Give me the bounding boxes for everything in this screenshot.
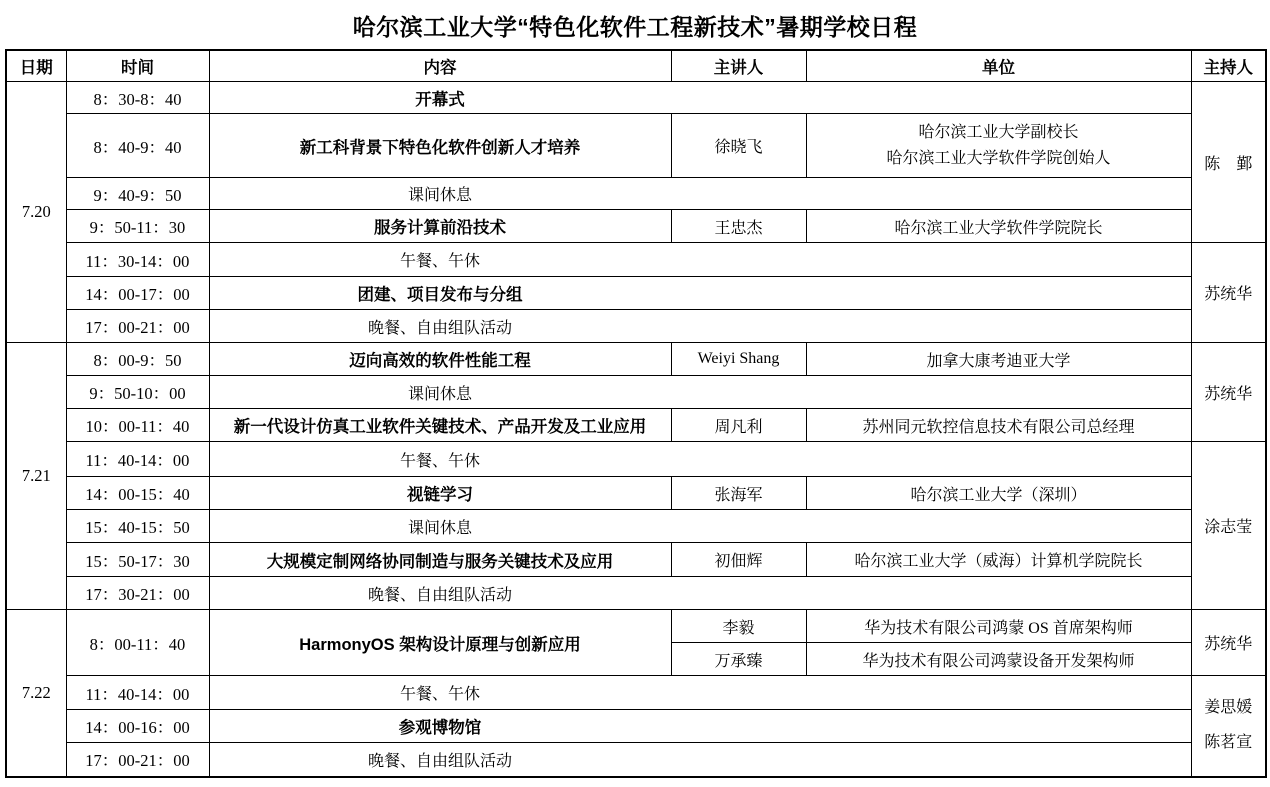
- time-cell: 9：50-11：30: [66, 210, 209, 243]
- affiliation-line: 哈尔滨工业大学软件学院创始人: [807, 146, 1191, 172]
- page-title: 哈尔滨工业大学“特色化软件工程新技术”暑期学校日程: [0, 0, 1270, 49]
- content-cell: HarmonyOS 架构设计原理与创新应用: [209, 610, 671, 676]
- time-cell: 14：00-15：40: [66, 477, 209, 510]
- time-cell: 17：00-21：00: [66, 310, 209, 343]
- table-row: 7.20 8：30-8：40 开幕式 陈 鄞: [6, 82, 1266, 114]
- host-cell: 苏统华: [1191, 243, 1266, 343]
- content-cell: 课间休息: [209, 510, 1191, 543]
- table-row: 8：40-9：40 新工科背景下特色化软件创新人才培养 徐晓飞 哈尔滨工业大学副…: [6, 114, 1266, 178]
- header-row: 日期 时间 内容 主讲人 单位 主持人: [6, 50, 1266, 82]
- table-row: 15：40-15：50 课间休息: [6, 510, 1266, 543]
- content-cell: 参观博物馆: [209, 710, 1191, 743]
- col-header-date: 日期: [6, 50, 66, 82]
- col-header-host: 主持人: [1191, 50, 1266, 82]
- content-cell: 团建、项目发布与分组: [209, 277, 1191, 310]
- table-row: 17：30-21：00 晚餐、自由组队活动: [6, 577, 1266, 610]
- time-cell: 15：40-15：50: [66, 510, 209, 543]
- speaker-cell: 张海军: [671, 477, 806, 510]
- affiliation-cell: 华为技术有限公司鸿蒙 OS 首席架构师: [806, 610, 1191, 643]
- speaker-cell: 王忠杰: [671, 210, 806, 243]
- table-row: 17：00-21：00 晚餐、自由组队活动: [6, 743, 1266, 777]
- time-cell: 8：00-11：40: [66, 610, 209, 676]
- host-cell: 姜思媛 陈茗宣: [1191, 676, 1266, 777]
- content-cell: 开幕式: [209, 82, 1191, 114]
- content-cell: 午餐、午休: [209, 676, 1191, 710]
- content-cell: 课间休息: [209, 376, 1191, 409]
- col-header-time: 时间: [66, 50, 209, 82]
- content-cell: 迈向高效的软件性能工程: [209, 343, 671, 376]
- content-cell: 晚餐、自由组队活动: [209, 743, 1191, 777]
- table-row: 11：40-14：00 午餐、午休 涂志莹: [6, 442, 1266, 477]
- speaker-cell: 万承臻: [671, 643, 806, 676]
- col-header-affiliation: 单位: [806, 50, 1191, 82]
- time-cell: 17：00-21：00: [66, 743, 209, 777]
- table-row: 9：40-9：50 课间休息: [6, 178, 1266, 210]
- time-cell: 14：00-16：00: [66, 710, 209, 743]
- speaker-cell: Weiyi Shang: [671, 343, 806, 376]
- content-cell: 新一代设计仿真工业软件关键技术、产品开发及工业应用: [209, 409, 671, 442]
- host-name: 姜思媛: [1192, 691, 1266, 725]
- host-cell: 苏统华: [1191, 610, 1266, 676]
- host-cell: 陈 鄞: [1191, 82, 1266, 243]
- time-cell: 8：30-8：40: [66, 82, 209, 114]
- content-cell: 视链学习: [209, 477, 671, 510]
- affiliation-cell: 哈尔滨工业大学（深圳）: [806, 477, 1191, 510]
- col-header-content: 内容: [209, 50, 671, 82]
- date-cell: 7.20: [6, 82, 66, 343]
- speaker-cell: 李毅: [671, 610, 806, 643]
- time-cell: 14：00-17：00: [66, 277, 209, 310]
- time-cell: 10：00-11：40: [66, 409, 209, 442]
- time-cell: 15：50-17：30: [66, 543, 209, 577]
- time-cell: 9：50-10：00: [66, 376, 209, 409]
- table-row: 14：00-17：00 团建、项目发布与分组: [6, 277, 1266, 310]
- content-cell: 午餐、午休: [209, 243, 1191, 277]
- table-row: 7.21 8：00-9：50 迈向高效的软件性能工程 Weiyi Shang 加…: [6, 343, 1266, 376]
- host-cell: 涂志莹: [1191, 442, 1266, 610]
- date-cell: 7.22: [6, 610, 66, 777]
- affiliation-cell: 苏州同元软控信息技术有限公司总经理: [806, 409, 1191, 442]
- table-row: 11：40-14：00 午餐、午休 姜思媛 陈茗宣: [6, 676, 1266, 710]
- time-cell: 11：30-14：00: [66, 243, 209, 277]
- affiliation-cell: 哈尔滨工业大学（威海）计算机学院院长: [806, 543, 1191, 577]
- schedule-table: 日期 时间 内容 主讲人 单位 主持人 7.20 8：30-8：40 开幕式 陈…: [5, 49, 1267, 778]
- content-cell: 大规模定制网络协同制造与服务关键技术及应用: [209, 543, 671, 577]
- content-cell: 晚餐、自由组队活动: [209, 577, 1191, 610]
- table-row: 14：00-16：00 参观博物馆: [6, 710, 1266, 743]
- affiliation-cell: 加拿大康考迪亚大学: [806, 343, 1191, 376]
- speaker-cell: 徐晓飞: [671, 114, 806, 178]
- affiliation-cell: 哈尔滨工业大学软件学院院长: [806, 210, 1191, 243]
- table-row: 9：50-11：30 服务计算前沿技术 王忠杰 哈尔滨工业大学软件学院院长: [6, 210, 1266, 243]
- content-cell: 午餐、午休: [209, 442, 1191, 477]
- content-cell: 服务计算前沿技术: [209, 210, 671, 243]
- table-row: 7.22 8：00-11：40 HarmonyOS 架构设计原理与创新应用 李毅…: [6, 610, 1266, 643]
- time-cell: 8：00-9：50: [66, 343, 209, 376]
- time-cell: 17：30-21：00: [66, 577, 209, 610]
- table-row: 17：00-21：00 晚餐、自由组队活动: [6, 310, 1266, 343]
- host-cell: 苏统华: [1191, 343, 1266, 442]
- affiliation-cell: 华为技术有限公司鸿蒙设备开发架构师: [806, 643, 1191, 676]
- affiliation-cell: 哈尔滨工业大学副校长 哈尔滨工业大学软件学院创始人: [806, 114, 1191, 178]
- time-cell: 11：40-14：00: [66, 676, 209, 710]
- table-row: 14：00-15：40 视链学习 张海军 哈尔滨工业大学（深圳）: [6, 477, 1266, 510]
- affiliation-line: 哈尔滨工业大学副校长: [807, 120, 1191, 146]
- table-row: 9：50-10：00 课间休息: [6, 376, 1266, 409]
- table-row: 11：30-14：00 午餐、午休 苏统华: [6, 243, 1266, 277]
- date-cell: 7.21: [6, 343, 66, 610]
- table-row: 10：00-11：40 新一代设计仿真工业软件关键技术、产品开发及工业应用 周凡…: [6, 409, 1266, 442]
- table-row: 15：50-17：30 大规模定制网络协同制造与服务关键技术及应用 初佃辉 哈尔…: [6, 543, 1266, 577]
- content-cell: 晚餐、自由组队活动: [209, 310, 1191, 343]
- col-header-speaker: 主讲人: [671, 50, 806, 82]
- time-cell: 11：40-14：00: [66, 442, 209, 477]
- content-cell: 新工科背景下特色化软件创新人才培养: [209, 114, 671, 178]
- speaker-cell: 周凡利: [671, 409, 806, 442]
- speaker-cell: 初佃辉: [671, 543, 806, 577]
- time-cell: 8：40-9：40: [66, 114, 209, 178]
- host-name: 陈茗宣: [1192, 726, 1266, 760]
- content-cell: 课间休息: [209, 178, 1191, 210]
- time-cell: 9：40-9：50: [66, 178, 209, 210]
